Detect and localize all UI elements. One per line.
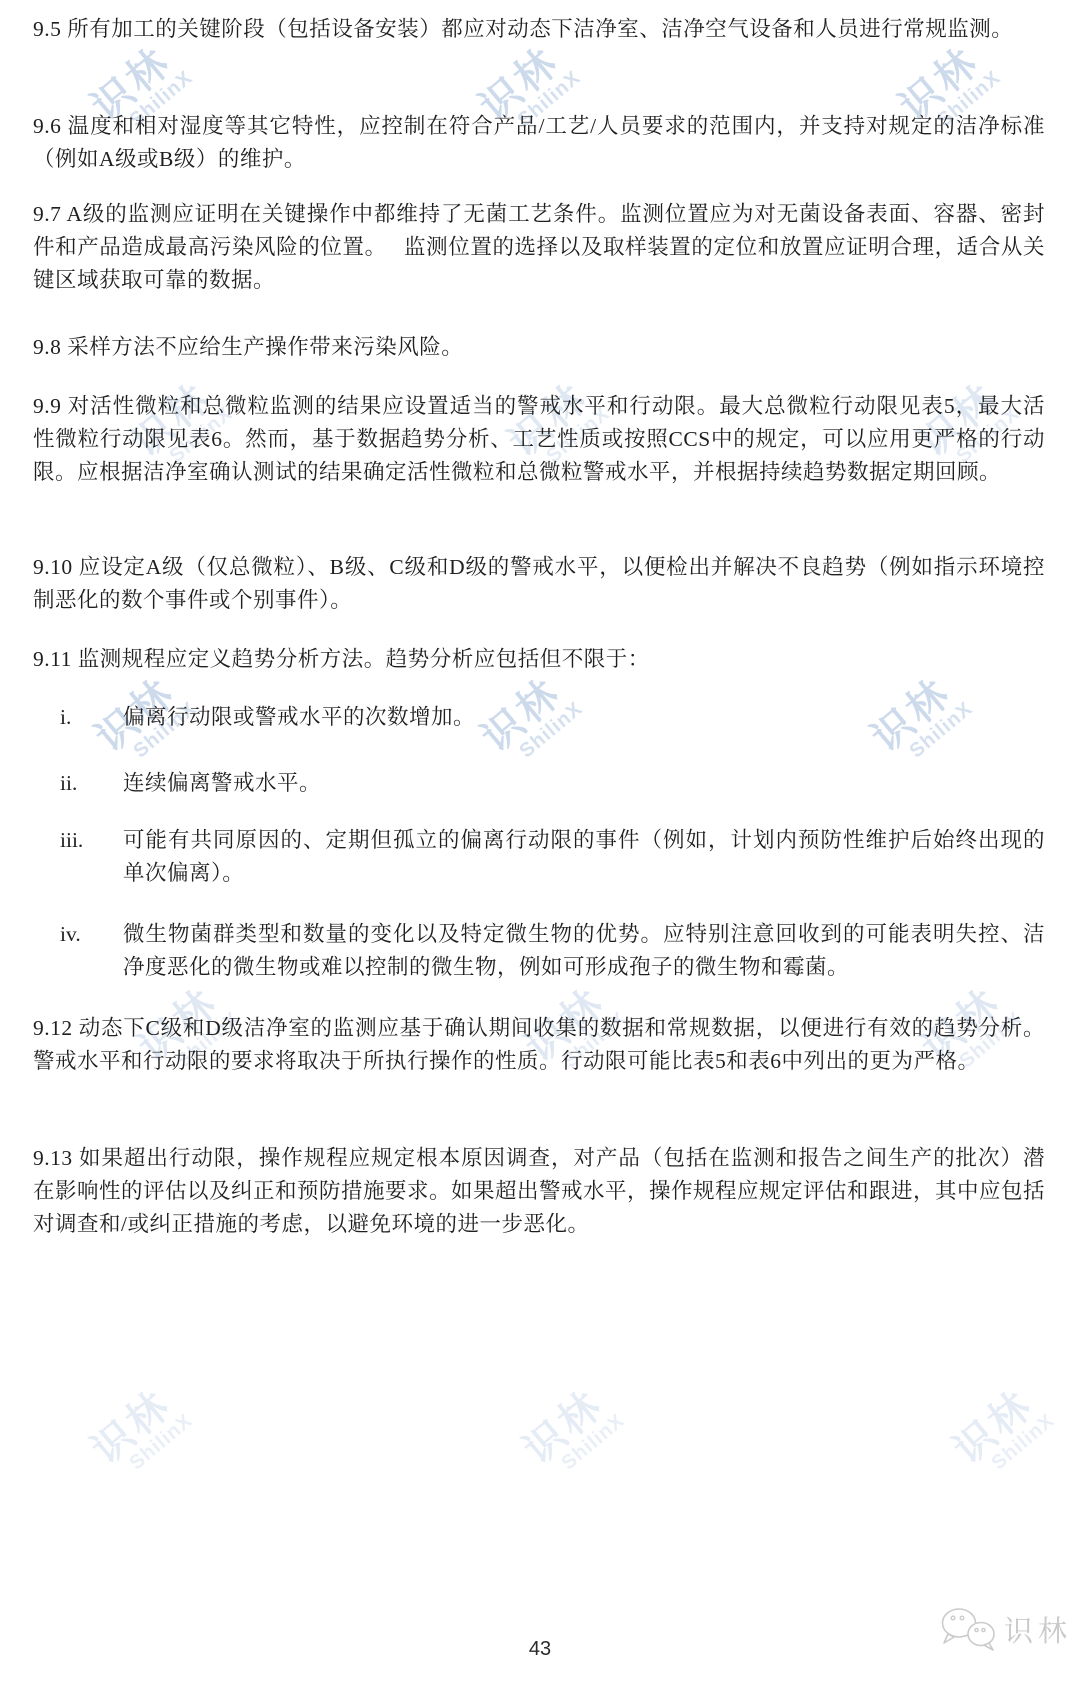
- list-marker: iii.: [60, 824, 115, 857]
- document-body: 9.5 所有加工的关键阶段（包括设备安装）都应对动态下洁净室、洁净空气设备和人员…: [0, 0, 1080, 1682]
- footer-logo: 识林: [938, 1605, 1072, 1653]
- list-marker: i.: [60, 701, 115, 734]
- paragraph: 9.6 温度和相对湿度等其它特性，应控制在符合产品/工艺/人员要求的范围内，并支…: [33, 110, 1045, 176]
- footer-logo-text: 识林: [1004, 1609, 1072, 1650]
- list-marker: iv.: [60, 918, 115, 951]
- list-item: 偏离行动限或警戒水平的次数增加。: [123, 701, 1045, 734]
- list-item: 微生物菌群类型和数量的变化以及特定微生物的优势。应特别注意回收到的可能表明失控、…: [123, 918, 1045, 984]
- paragraph: 9.12 动态下C级和D级洁净室的监测应基于确认期间收集的数据和常规数据，以便进…: [33, 1012, 1045, 1078]
- paragraph: 9.5 所有加工的关键阶段（包括设备安装）都应对动态下洁净室、洁净空气设备和人员…: [33, 13, 1045, 46]
- paragraph: 9.8 采样方法不应给生产操作带来污染风险。: [33, 331, 1045, 364]
- paragraph: 9.7 A级的监测应证明在关键操作中都维持了无菌工艺条件。监测位置应为对无菌设备…: [33, 198, 1045, 297]
- paragraph: 9.10 应设定A级（仅总微粒）、B级、C级和D级的警戒水平，以便检出并解决不良…: [33, 551, 1045, 617]
- paragraph: 9.13 如果超出行动限，操作规程应规定根本原因调查，对产品（包括在监测和报告之…: [33, 1142, 1045, 1241]
- chat-bubbles-icon: [938, 1605, 1000, 1653]
- page-number: 43: [529, 1638, 551, 1661]
- list-marker: ii.: [60, 767, 115, 800]
- paragraph: 9.11 监测规程应定义趋势分析方法。趋势分析应包括但不限于：: [33, 643, 1045, 676]
- paragraph: 9.9 对活性微粒和总微粒监测的结果应设置适当的警戒水平和行动限。最大总微粒行动…: [33, 390, 1045, 489]
- list-item: 连续偏离警戒水平。: [123, 767, 1045, 800]
- list-item: 可能有共同原因的、定期但孤立的偏离行动限的事件（例如，计划内预防性维护后始终出现…: [123, 824, 1045, 890]
